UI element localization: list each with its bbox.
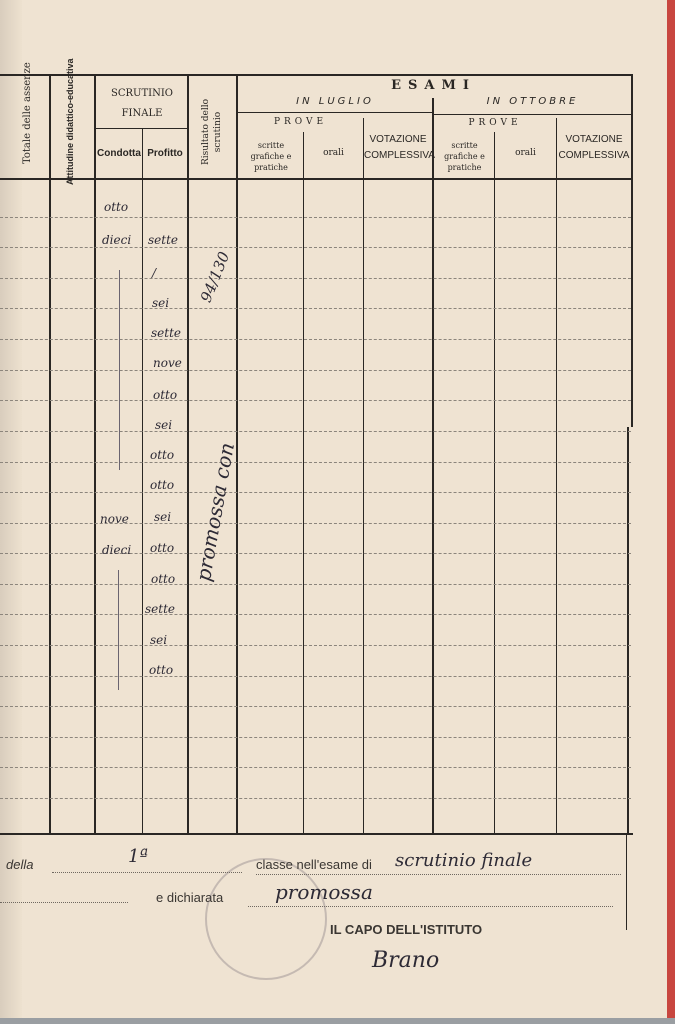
esame-dotted-line (256, 874, 621, 875)
header-scritte-luglio: scritte grafiche e pratiche (240, 140, 302, 173)
luglio-subline (238, 112, 432, 113)
ottobre-subline (434, 114, 631, 115)
row-line (0, 614, 631, 615)
row-line (0, 676, 631, 677)
table-bottom-border (0, 833, 633, 835)
header-bottom-line (0, 178, 631, 180)
row-line (0, 553, 631, 554)
table-right-border (631, 74, 633, 427)
table-right-border-lower (627, 427, 629, 835)
row-line (0, 737, 631, 738)
footer-right-border (626, 835, 627, 930)
principal-signature: Brano (372, 948, 439, 973)
esame-value: scrutinio finale (395, 850, 532, 871)
col-line-4 (187, 76, 189, 833)
row-line (0, 247, 631, 248)
header-totale-assenze: Totale delle assenze (22, 104, 34, 164)
header-votazione-ottobre: VOTAZIONE COMPLESSIVA (557, 132, 631, 164)
row-line (0, 645, 631, 646)
header-prove-luglio: PROVE (238, 117, 363, 127)
row-line (0, 217, 631, 218)
condotta-value: dieci (102, 543, 131, 557)
col-line-8 (432, 98, 434, 833)
header-orali-ottobre: orali (495, 148, 556, 158)
header-votazione-luglio: VOTAZIONE COMPLESSIVA (364, 132, 432, 164)
header-esami: ESAMI (236, 78, 631, 93)
profitto-value: sei (150, 633, 167, 647)
col-line-9 (494, 132, 495, 833)
header-condotta: Condotta (96, 148, 142, 159)
profitto-value: sette (148, 233, 178, 247)
scanner-background (0, 1018, 675, 1024)
col-line-7 (363, 118, 364, 833)
row-line (0, 462, 631, 463)
col-line-3 (142, 128, 143, 833)
condotta-value: otto (104, 200, 128, 214)
ditto-line (119, 270, 120, 470)
header-scrutinio-finale: SCRUTINIO FINALE (98, 84, 186, 124)
row-line (0, 767, 631, 768)
dichiarata-dotted-line (248, 906, 613, 907)
dichiarata-value: promossa (275, 880, 373, 904)
row-line (0, 584, 631, 585)
classe-dotted-line (52, 872, 242, 873)
header-in-luglio: IN LUGLIO (238, 96, 432, 107)
condotta-value: dieci (102, 233, 131, 247)
row-line (0, 798, 631, 799)
della-label: della (6, 857, 33, 872)
profitto-value: sei (154, 510, 171, 524)
header-in-ottobre: IN OTTOBRE (434, 96, 631, 107)
dichiarata-label: e dichiarata (156, 890, 223, 905)
profitto-value: otto (153, 388, 177, 402)
profitto-value: otto (150, 478, 174, 492)
col-line-10 (556, 118, 557, 833)
capo-istituto-label: IL CAPO DELL'ISTITUTO (330, 922, 482, 937)
ditto-line (118, 570, 119, 690)
classe-label: classe nell'esame di (256, 857, 372, 872)
header-scritte-ottobre: scritte grafiche e pratiche (435, 140, 494, 173)
row-line (0, 339, 631, 340)
profitto-value: otto (150, 448, 174, 462)
profitto-value: nove (153, 356, 182, 370)
col-line-6 (303, 132, 304, 833)
row-line (0, 523, 631, 524)
condotta-value: nove (100, 512, 129, 526)
row-line (0, 400, 631, 401)
header-attitudine: Attitudine didattico-educativa (65, 69, 75, 185)
col-line-1 (49, 76, 51, 833)
classe-value: 1ª (128, 846, 148, 867)
left-dotted-line (0, 902, 128, 903)
profitto-value: sette (145, 602, 175, 616)
row-line (0, 431, 631, 432)
profitto-value: otto (151, 572, 175, 586)
profitto-value: / (152, 266, 156, 280)
profitto-value: sette (151, 326, 181, 340)
profitto-value: otto (150, 541, 174, 555)
profitto-value: sei (155, 418, 172, 432)
profitto-value: sei (152, 296, 169, 310)
header-orali-luglio: orali (304, 148, 363, 158)
header-prove-ottobre: PROVE (434, 118, 556, 128)
profitto-value: otto (149, 663, 173, 677)
header-profitto: Profitto (143, 148, 187, 159)
row-line (0, 492, 631, 493)
header-risultato: Risultato dello scrutinio (200, 92, 224, 172)
scrutinio-subline (96, 128, 187, 129)
row-line (0, 706, 631, 707)
row-line (0, 278, 631, 279)
official-stamp (205, 858, 327, 980)
col-line-2 (94, 76, 96, 833)
row-line (0, 370, 631, 371)
row-line (0, 308, 631, 309)
red-cover-edge (667, 0, 675, 1024)
